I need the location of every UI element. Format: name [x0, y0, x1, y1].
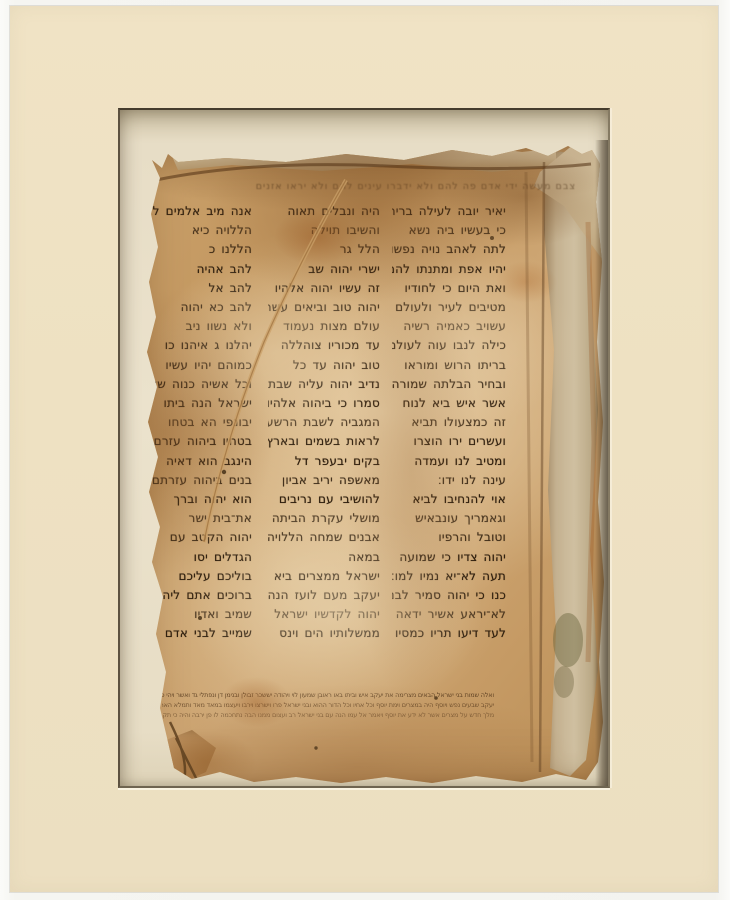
- hebrew-text-line: אנה מיב אלמים לבין: [152, 202, 252, 221]
- hebrew-text-line: הללויה כיא: [152, 221, 252, 240]
- hebrew-text-line: להב אל: [152, 279, 252, 298]
- hebrew-text-line: לראות בשמים ובארץ: [268, 432, 380, 451]
- hebrew-text-line: ישראל ממצרים ביא: [268, 567, 380, 586]
- hebrew-text-line: וגאמריך עונבאיש: [392, 509, 506, 528]
- hebrew-text-line: במאה: [268, 548, 380, 567]
- picture-frame: צבם מעשה ידי אדם פה להם ולא ידברו עינים …: [0, 0, 730, 900]
- hebrew-text-line: ישראל הנה ביתו: [152, 394, 252, 413]
- hebrew-text-line: זה עשיו יהוה אלהיו: [268, 279, 380, 298]
- hebrew-text-line: עינה לנו ידו׃: [392, 471, 506, 490]
- hebrew-text-line: שמיב ואדיו: [152, 605, 252, 624]
- hebrew-text-line: עד מכוריו צוהללה: [268, 336, 380, 355]
- hebrew-text-line: יהוה הקטב עם: [152, 528, 252, 547]
- hebrew-text-line: יעקב מעם לועז הנה: [268, 586, 380, 605]
- micrography-line: ואלה שמות בני ישראל הבאים מצרימה את יעקב…: [162, 690, 494, 700]
- hebrew-text-line: אשר איש ביא לנוח: [392, 394, 506, 413]
- hebrew-text-line: ואת היום כי לחודיו: [392, 279, 506, 298]
- hebrew-text-line: טוב יהוה עד כל: [268, 356, 380, 375]
- micrography-block: ואלה שמות בני ישראל הבאים מצרימה את יעקב…: [162, 690, 494, 722]
- window-edge-shadow: [595, 140, 608, 786]
- hebrew-text-line: מטיבים לעיר ולעולם: [392, 298, 506, 317]
- hebrew-text-line: ולא נשוו ניב: [152, 317, 252, 336]
- micrography-line: יעקב שבעים נפש ויוסף היה במצרים וימת יוס…: [162, 700, 494, 710]
- hebrew-text-line: נדיב יהוה עליה שבת: [268, 375, 380, 394]
- hebrew-text-line: יהוה צדיו כי שמועה: [392, 548, 506, 567]
- hebrew-text-line: ועשרים ירו הוצרו: [392, 432, 506, 451]
- hebrew-text-line: הלל גר: [268, 240, 380, 259]
- mat-board: צבם מעשה ידי אדם פה להם ולא ידברו עינים …: [10, 6, 718, 892]
- hebrew-text-line: יאיר יובה לעילה בריה: [392, 202, 506, 221]
- hebrew-text-line: היה ונבלים תאוה: [268, 202, 380, 221]
- hebrew-text-line: יהוה טוב וביאים עשה: [268, 298, 380, 317]
- hebrew-text-line: שמייב לבני אדם: [152, 624, 252, 643]
- hebrew-text-line: והשיבו תוילה: [268, 221, 380, 240]
- hebrew-text-line: כמוהם יהיו עשיו: [152, 356, 252, 375]
- hebrew-text-line: כי בעשיו ביה נשא: [392, 221, 506, 240]
- hebrew-text-line: הוא יהוה וברך: [152, 490, 252, 509]
- hebrew-text-line: סמרו כי ביהוה אלהיו: [268, 394, 380, 413]
- hebrew-text-line: להב אהיה: [152, 260, 252, 279]
- hebrew-text-line: בקים יבעפר דל: [268, 452, 380, 471]
- hebrew-text-line: מושלי עקרת הביתה: [268, 509, 380, 528]
- backing-board: צבם מעשה ידי אדם פה להם ולא ידברו עינים …: [120, 110, 608, 786]
- hebrew-text-line: ממשלותיו הים וינס: [268, 624, 380, 643]
- hebrew-text-line: בריתו הרוש ומוראו: [392, 356, 506, 375]
- hebrew-text-line: תעה לא־יא נמיו למו׃: [392, 567, 506, 586]
- hebrew-text-line: ובחיר הבלתה שמורה: [392, 375, 506, 394]
- hebrew-text-line: כנו כי יהוה סמיר לבני: [392, 586, 506, 605]
- hebrew-text-line: עולם מצות נעמוד: [268, 317, 380, 336]
- hebrew-text-line: יבונפי הא בטחו: [152, 413, 252, 432]
- hebrew-text-line: להושיבי עם נריבים: [268, 490, 380, 509]
- text-column-middle: היה ונבלים תאוהוהשיבו תוילההלל גרישרי יה…: [268, 202, 380, 646]
- micrography-line: מלך חדש על מצרים אשר לא ידע את יוסף ויאמ…: [162, 710, 494, 720]
- hebrew-text-line: לתה לאהב נויה נפשו: [392, 240, 506, 259]
- hebrew-text-line: כילה לנבו עוה לעולם: [392, 336, 506, 355]
- hebrew-text-line: את־בית ישר: [152, 509, 252, 528]
- hebrew-text-line: זה כמצעולו תביא: [392, 413, 506, 432]
- hebrew-text-line: הינגב הוא דאיה: [152, 452, 252, 471]
- torn-fragment: [144, 730, 228, 786]
- hebrew-text-line: לא־יראע אשיר ידאה: [392, 605, 506, 624]
- hebrew-text-line: וכל אשיה כנוה של: [152, 375, 252, 394]
- hebrew-text-line: בנים ביהוה עזרתם: [152, 471, 252, 490]
- hebrew-text-line: ישרי יהוה שב: [268, 260, 380, 279]
- top-flap: [172, 142, 556, 172]
- hebrew-text-line: ברוכים אתם ליהוה: [152, 586, 252, 605]
- hebrew-text-line: המגביה לשבת הרשעה: [268, 413, 380, 432]
- mat-window: צבם מעשה ידי אדם פה להם ולא ידברו עינים …: [118, 108, 610, 788]
- cropped-header-line: צבם מעשה ידי אדם פה להם ולא ידברו עינים …: [186, 180, 576, 194]
- hebrew-text-line: אוי להנחיבו לביא: [392, 490, 506, 509]
- hebrew-text-line: מאשפה יריב אביון: [268, 471, 380, 490]
- hebrew-text-line: ומטיב לנו ועמדה: [392, 452, 506, 471]
- parchment-leaf: צבם מעשה ידי אדם פה להם ולא ידברו עינים …: [136, 142, 608, 784]
- hebrew-text-line: בוליכם עליכם: [152, 567, 252, 586]
- hebrew-text-line: יהוה לקדשיו ישראל: [268, 605, 380, 624]
- text-column-right: יאיר יובה לעילה בריהכי בעשיו ביה נשאלתה …: [392, 202, 506, 646]
- hebrew-text-line: הללנו כ: [152, 240, 252, 259]
- hebrew-text-line: יהיו אפת ומתנתו להם: [392, 260, 506, 279]
- hebrew-text-line: אבנים שמחה הללויה: [268, 528, 380, 547]
- hebrew-text-line: וטובל והרפיו: [392, 528, 506, 547]
- hebrew-text-line: הגדלים יסו: [152, 548, 252, 567]
- hebrew-text-line: בטחיו ביהוה עזרם: [152, 432, 252, 451]
- hebrew-text-line: עשויב כאמיה רשיה: [392, 317, 506, 336]
- text-column-left: אנה מיב אלמים לביןהללויה כיאהללנו כלהב א…: [152, 202, 252, 646]
- hebrew-text-line: יהלנו ג איהנו כו: [152, 336, 252, 355]
- hebrew-text-line: לעד דיעו תריו כמסיו: [392, 624, 506, 643]
- hebrew-text-line: להב כא יהוה: [152, 298, 252, 317]
